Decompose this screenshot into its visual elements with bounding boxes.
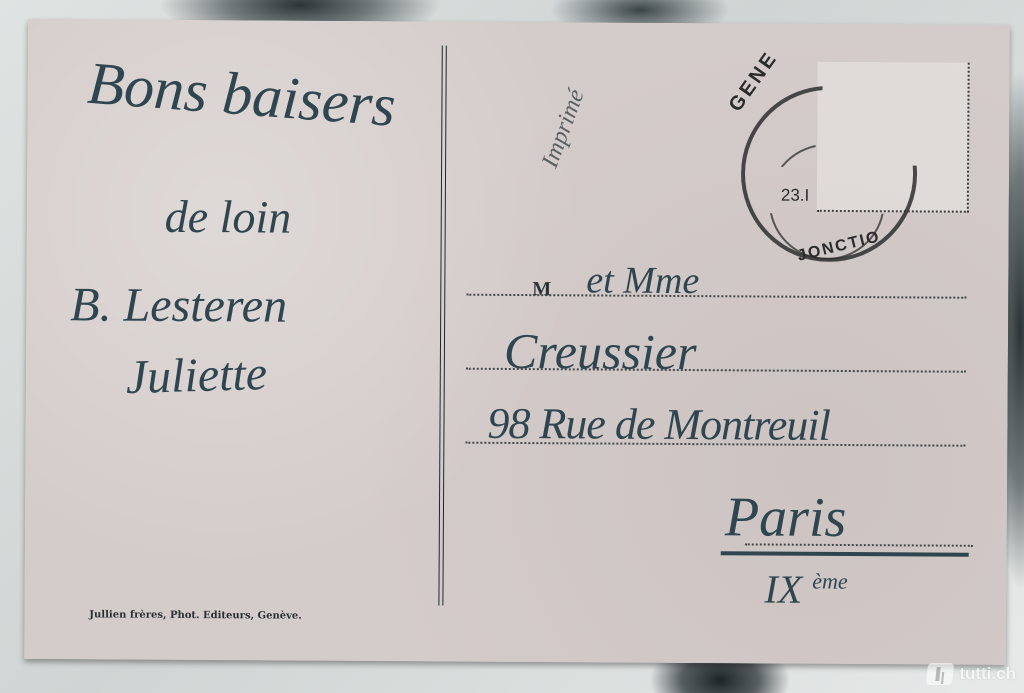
arrondissement-suffix: ème [812,568,848,593]
watermark-text: tutti.ch [959,664,1016,684]
recipient-city: Paris [725,485,847,550]
arrondissement-number: IX [764,567,802,612]
postmark-date: 23.I [781,186,809,206]
recipient-title: et Mme [586,258,699,303]
message-line-2: de loin [165,190,292,244]
signature-line-2: Juliette [125,346,268,405]
postcard-back: Bons baisers de loin B. Lesteren Juliett… [24,19,1010,665]
address-underline-bar [721,551,969,557]
publisher-imprint: Jullien frères, Phot. Editeurs, Genève. [89,609,302,621]
printed-recipient-prefix: M [532,278,551,301]
signature-line-1: B. Lesteren [70,277,287,333]
recipient-street: 98 Rue de Montreuil [487,398,830,451]
recipient-name: Creussier [504,322,697,381]
center-divider [438,46,446,606]
message-line-1: Bons baisers [85,49,398,141]
tutti-logo-icon [926,663,954,685]
recipient-arrondissement: IX ème [764,566,847,614]
watermark: tutti.ch [927,663,1016,685]
pencil-note: Imprimé [537,86,591,172]
